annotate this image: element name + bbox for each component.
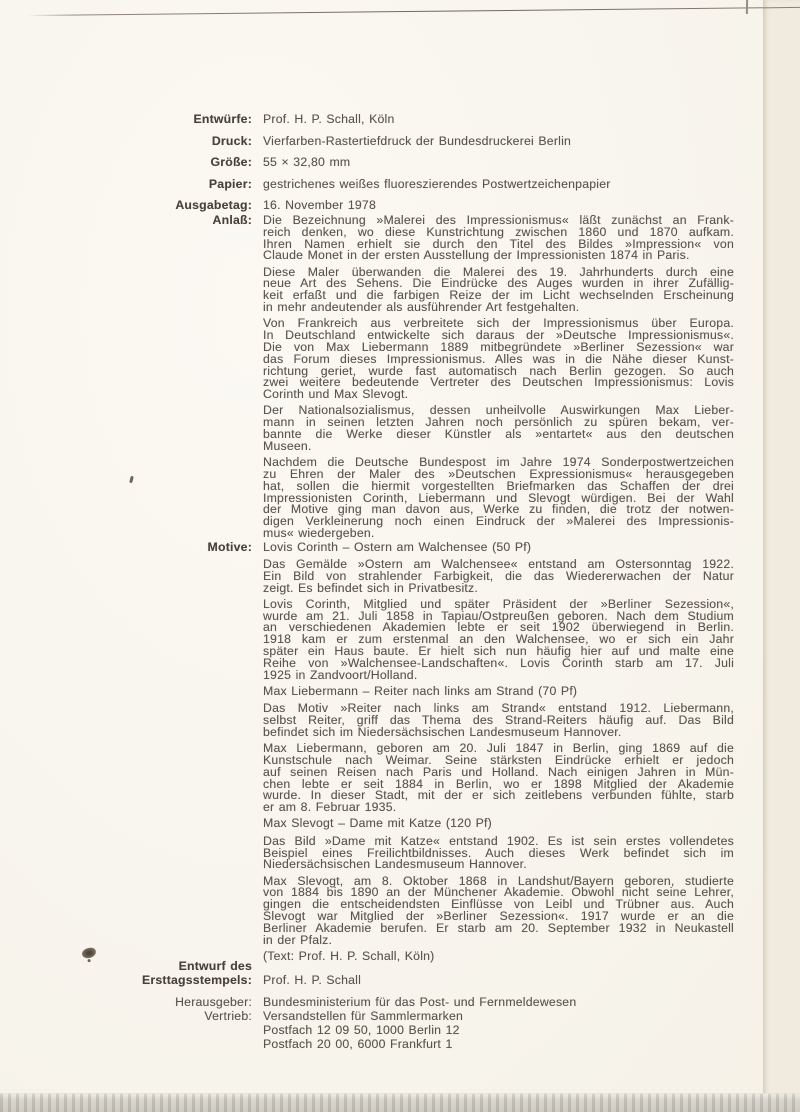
- text-block: Die Bezeichnung »Malerei des Impressioni…: [263, 215, 734, 262]
- document-content: Entwürfe:Prof. H. P. Schall, KölnDruck:V…: [0, 0, 740, 1051]
- field-label: Entwurf desErsttagsstempels:: [0, 959, 252, 987]
- text-block: Lovis Corinth, Mitglied und später Präsi…: [263, 599, 734, 682]
- text-block: 16. November 1978: [263, 199, 734, 211]
- text-block: Von Frankreich aus verbreitete sich der …: [263, 318, 734, 401]
- field-label-line: Entwurf des: [0, 959, 252, 973]
- text-block: gestrichenes weißes fluoreszierendes Pos…: [263, 178, 734, 190]
- text-line: Corinth und Max Slevogt.: [263, 389, 734, 401]
- field-label-line: Entwürfe:: [0, 113, 252, 125]
- field-label: Ausgabetag:: [0, 199, 252, 211]
- field-value: gestrichenes weißes fluoreszierendes Pos…: [263, 178, 734, 190]
- field-row-vertrieb: Vertrieb:Versandstellen für Sammlermarke…: [0, 1009, 740, 1051]
- text-line: in der Pfalz.: [263, 935, 734, 947]
- text-line: Postfach 20 00, 6000 Frankfurt 1: [263, 1037, 734, 1051]
- field-label: Motive:: [0, 542, 252, 963]
- field-label: Entwürfe:: [0, 113, 252, 125]
- field-value: Bundesministerium für das Post- und Fern…: [263, 995, 734, 1009]
- field-row-druck: Druck:Vierfarben-Rastertiefdruck der Bun…: [0, 135, 740, 147]
- field-label: Druck:: [0, 135, 252, 147]
- field-value: 55 × 32,80 mm: [263, 156, 734, 168]
- field-label: Herausgeber:: [0, 995, 252, 1009]
- text-line: befindet sich im Niedersächsischen Lande…: [263, 727, 734, 739]
- field-value: Prof. H. P. Schall: [263, 959, 734, 987]
- scan-bottom-edge-band: [0, 1093, 800, 1112]
- scan-right-paper-edge: [763, 0, 800, 1112]
- text-line: 16. November 1978: [263, 199, 734, 211]
- field-label-line: Papier:: [0, 178, 252, 190]
- motif-heading: Lovis Corinth – Ostern am Walchensee (50…: [263, 542, 734, 554]
- text-line: Max Slevogt – Dame mit Katze (120 Pf): [263, 818, 734, 830]
- text-line: Bundesministerium für das Post- und Fern…: [263, 995, 734, 1009]
- field-row-ausgabetag: Ausgabetag:16. November 1978: [0, 199, 740, 211]
- text-line: Lovis Corinth – Ostern am Walchensee (50…: [263, 542, 734, 554]
- scan-corner-line: [746, 0, 748, 14]
- field-label-line: Herausgeber:: [0, 995, 252, 1009]
- field-row-entwuerfe: Entwürfe:Prof. H. P. Schall, Köln: [0, 113, 740, 125]
- text-line: 1925 in Zandvoort/Holland.: [263, 670, 734, 682]
- text-block: Prof. H. P. Schall: [263, 973, 734, 987]
- field-value: Lovis Corinth – Ostern am Walchensee (50…: [263, 542, 734, 963]
- text-line: Berliner Akademie berufen. Er starb am 2…: [263, 923, 734, 935]
- field-value: Prof. H. P. Schall, Köln: [263, 113, 734, 125]
- field-label: Vertrieb:: [0, 1009, 252, 1051]
- text-block: Max Slevogt, am 8. Oktober 1868 in Lands…: [263, 876, 734, 947]
- text-line: Claude Monet in der ersten Ausstellung d…: [263, 250, 734, 262]
- text-block: Bundesministerium für das Post- und Fern…: [263, 995, 734, 1009]
- text-block: Das Bild »Dame mit Katze« entstand 1902.…: [263, 836, 734, 871]
- text-line: zeigt. Es befindet sich in Privatbesitz.: [263, 583, 734, 595]
- field-label: Größe:: [0, 156, 252, 168]
- text-block: Nachdem die Deutsche Bundespost im Jahre…: [263, 457, 734, 540]
- motif-heading: Max Slevogt – Dame mit Katze (120 Pf): [263, 818, 734, 830]
- text-line: Postfach 12 09 50, 1000 Berlin 12: [263, 1023, 734, 1037]
- field-label-line: Größe:: [0, 156, 252, 168]
- text-block: 55 × 32,80 mm: [263, 156, 734, 168]
- text-line: Prof. H. P. Schall, Köln: [263, 113, 734, 125]
- field-row-papier: Papier:gestrichenes weißes fluoreszieren…: [0, 178, 740, 190]
- text-line: gestrichenes weißes fluoreszierendes Pos…: [263, 178, 734, 190]
- text-block: Vierfarben-Rastertiefdruck der Bundesdru…: [263, 135, 734, 147]
- text-line: in mehr andeutender als ausführender Art…: [263, 302, 734, 314]
- text-line: Versandstellen für Sammlermarken: [263, 1009, 734, 1023]
- field-label-line: Anlaß:: [0, 215, 252, 227]
- field-label: Papier:: [0, 178, 252, 190]
- text-line: er am 8. Februar 1935.: [263, 802, 734, 814]
- field-label-line: Ausgabetag:: [0, 199, 252, 211]
- field-label-line: Motive:: [0, 542, 252, 554]
- field-row-groesse: Größe:55 × 32,80 mm: [0, 156, 740, 168]
- field-row-motive: Motive:Lovis Corinth – Ostern am Walchen…: [0, 542, 740, 963]
- text-block: Das Gemälde »Ostern am Walchensee« entst…: [263, 559, 734, 594]
- field-label-line: Druck:: [0, 135, 252, 147]
- text-line: Niedersächsischen Landesmuseum Hannover.: [263, 859, 734, 871]
- field-value: 16. November 1978: [263, 199, 734, 211]
- field-row-entwurf-stempel: Entwurf desErsttagsstempels:Prof. H. P. …: [0, 959, 740, 987]
- field-label-line: Vertrieb:: [0, 1009, 252, 1023]
- text-block: Max Liebermann, geboren am 20. Juli 1847…: [263, 743, 734, 814]
- text-line: Max Liebermann – Reiter nach links am St…: [263, 686, 734, 698]
- text-line: bannte die Werke dieser Künstler als »en…: [263, 429, 734, 441]
- field-value: Versandstellen für SammlermarkenPostfach…: [263, 1009, 734, 1051]
- field-label-line: Ersttagsstempels:: [0, 973, 252, 987]
- motif-heading: Max Liebermann – Reiter nach links am St…: [263, 686, 734, 698]
- text-block: Prof. H. P. Schall, Köln: [263, 113, 734, 125]
- field-value: Die Bezeichnung »Malerei des Impressioni…: [263, 215, 734, 540]
- text-line: Prof. H. P. Schall: [263, 973, 734, 987]
- text-line: Museen.: [263, 441, 734, 453]
- field-row-herausgeber: Herausgeber:Bundesministerium für das Po…: [0, 995, 740, 1009]
- field-row-anlass: Anlaß:Die Bezeichnung »Malerei des Impre…: [0, 215, 740, 540]
- text-line: Vierfarben-Rastertiefdruck der Bundesdru…: [263, 135, 734, 147]
- field-value: Vierfarben-Rastertiefdruck der Bundesdru…: [263, 135, 734, 147]
- text-block: Versandstellen für SammlermarkenPostfach…: [263, 1009, 734, 1051]
- text-block: Der Nationalsozialismus, dessen unheilvo…: [263, 405, 734, 452]
- text-block: Diese Maler überwanden die Malerei des 1…: [263, 267, 734, 314]
- text-line: mus« wiedergeben.: [263, 528, 734, 540]
- text-block: Das Motiv »Reiter nach links am Strand« …: [263, 703, 734, 738]
- scanned-document-page: Entwürfe:Prof. H. P. Schall, KölnDruck:V…: [0, 0, 800, 1112]
- field-label: Anlaß:: [0, 215, 252, 540]
- text-line: 55 × 32,80 mm: [263, 156, 734, 168]
